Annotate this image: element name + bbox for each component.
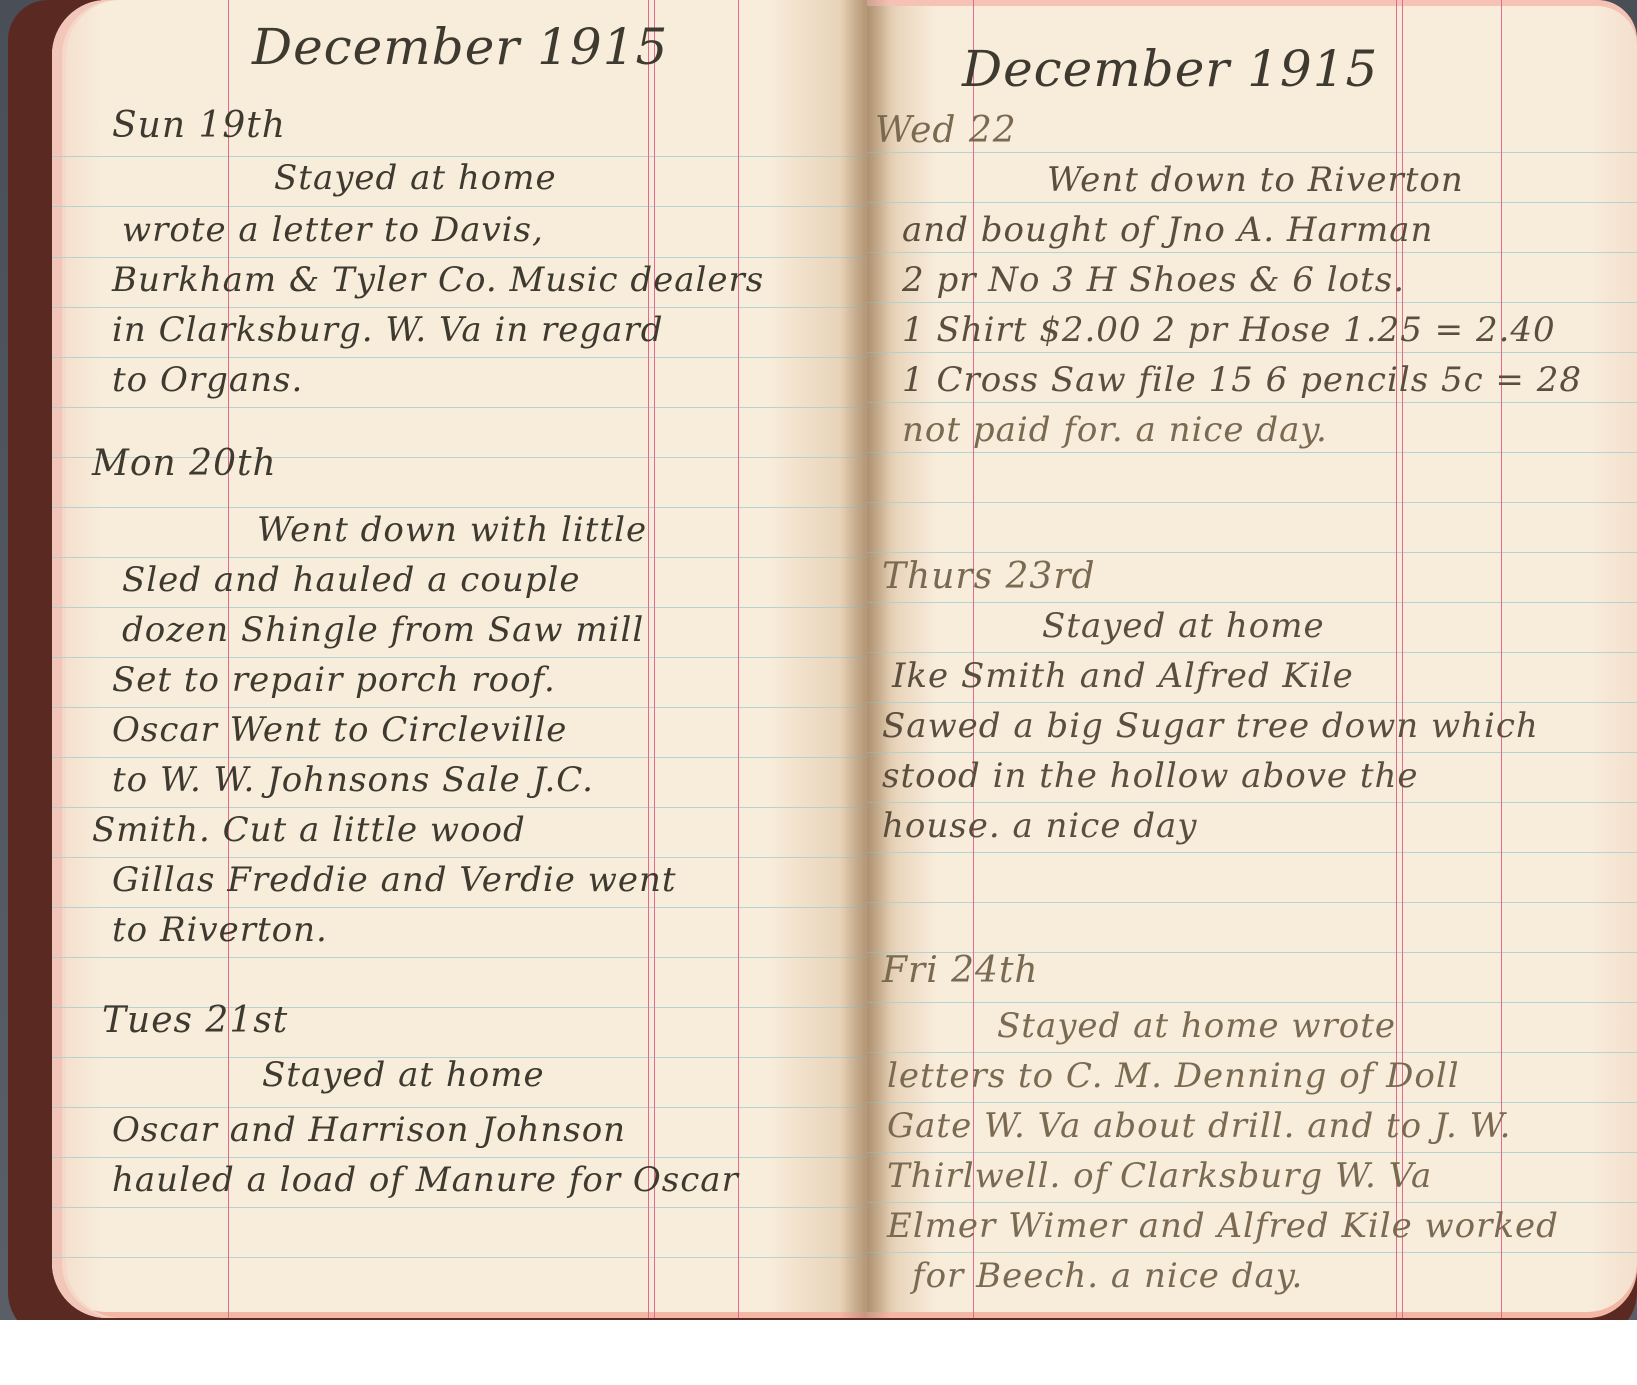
entry-line: Ike Smith and Alfred Kile: [892, 656, 1354, 696]
rule-line: [52, 657, 867, 658]
rule-line: [867, 252, 1637, 253]
entry-line: 1 Shirt $2.00 2 pr Hose 1.25 = 2.40: [902, 310, 1556, 350]
entry-line: 2 pr No 3 H Shoes & 6 lots.: [902, 260, 1405, 300]
entry-line: letters to C. M. Denning of Doll: [887, 1056, 1460, 1096]
entry-line: Went down to Riverton: [1047, 160, 1464, 200]
entry-line: in Clarksburg. W. Va in regard: [112, 310, 663, 350]
entry-day: Mon 20th: [92, 443, 277, 484]
rule-line: [52, 707, 867, 708]
entry-line: wrote a letter to Davis,: [122, 210, 544, 250]
rule-line: [52, 807, 867, 808]
entry-line: Gillas Freddie and Verdie went: [112, 860, 677, 900]
entry-line: Set to repair porch roof.: [112, 660, 556, 700]
entry-line: Gate W. Va about drill. and to J. W.: [887, 1106, 1511, 1146]
rule-line: [867, 352, 1637, 353]
rule-line: [52, 557, 867, 558]
rule-line: [867, 1102, 1637, 1103]
entry-line: Stayed at home wrote: [997, 1006, 1396, 1046]
entry-line: Stayed at home: [1042, 606, 1325, 646]
entry-line: for Beech. a nice day.: [912, 1256, 1303, 1296]
entry-day: Fri 24th: [882, 950, 1039, 991]
rule-line: [52, 156, 867, 157]
rule-line: [867, 152, 1637, 153]
rule-line: [867, 1202, 1637, 1203]
rule-line: [867, 652, 1637, 653]
entry-line: Oscar Went to Circleville: [112, 710, 567, 750]
entry-line: house. a nice day: [882, 806, 1198, 846]
scan-margin: [0, 1320, 1637, 1385]
entry-day: Tues 21st: [102, 1000, 288, 1041]
rule-line: [52, 357, 867, 358]
page-header: December 1915: [252, 18, 668, 76]
rule-line: [867, 402, 1637, 403]
rule-line: [867, 1152, 1637, 1153]
rule-line: [867, 702, 1637, 703]
entry-line: to Organs.: [112, 360, 303, 400]
rule-line: [867, 452, 1637, 453]
entry-day: Thurs 23rd: [882, 556, 1096, 597]
entry-line: to W. W. Johnsons Sale J.C.: [112, 760, 594, 800]
rule-line: [52, 1257, 867, 1258]
entry-line: Went down with little: [257, 510, 647, 550]
rule-line: [52, 1157, 867, 1158]
entry-line: hauled a load of Manure for Oscar: [112, 1160, 739, 1200]
rule-line: [867, 552, 1637, 553]
entry-line: Stayed at home: [262, 1055, 545, 1095]
rule-line: [867, 1252, 1637, 1253]
entry-line: Sawed a big Sugar tree down which: [882, 706, 1539, 746]
right-page: December 1915 Wed 22 Went down to Rivert…: [867, 0, 1637, 1318]
entry-line: Oscar and Harrison Johnson: [112, 1110, 626, 1150]
rule-line: [52, 757, 867, 758]
left-page: December 1915 Sun 19th Stayed at home wr…: [52, 0, 867, 1318]
page-header: December 1915: [962, 40, 1378, 98]
rule-line: [52, 507, 867, 508]
rule-line: [867, 502, 1637, 503]
rule-line: [52, 1207, 867, 1208]
entry-line: Burkham & Tyler Co. Music dealers: [112, 260, 764, 300]
entry-line: stood in the hollow above the: [882, 756, 1419, 796]
book-gutter: [840, 0, 890, 1318]
entry-day: Sun 19th: [112, 105, 286, 146]
entry-line: Stayed at home: [274, 158, 557, 198]
rule-line: [52, 1107, 867, 1108]
entry-line: dozen Shingle from Saw mill: [122, 610, 644, 650]
rule-line: [52, 257, 867, 258]
rule-line: [52, 206, 867, 207]
rule-line: [867, 202, 1637, 203]
entry-line: 1 Cross Saw file 15 6 pencils 5c = 28: [902, 360, 1582, 400]
entry-line: Sled and hauled a couple: [122, 560, 580, 600]
entry-day: Wed 22: [875, 110, 1017, 151]
rule-line: [52, 957, 867, 958]
rule-line: [867, 752, 1637, 753]
entry-line: Smith. Cut a little wood: [92, 810, 526, 850]
rule-line: [867, 1002, 1637, 1003]
rule-line: [867, 1052, 1637, 1053]
rule-line: [52, 407, 867, 408]
entry-line: and bought of Jno A. Harman: [902, 210, 1433, 250]
entry-line: to Riverton.: [112, 910, 328, 950]
rule-line: [867, 802, 1637, 803]
column-line: [738, 0, 739, 1318]
column-line: [648, 0, 655, 1318]
rule-line: [52, 907, 867, 908]
entry-line: Thirlwell. of Clarksburg W. Va: [887, 1156, 1432, 1196]
rule-line: [867, 602, 1637, 603]
rule-line: [867, 852, 1637, 853]
entry-line: Elmer Wimer and Alfred Kile worked: [887, 1206, 1559, 1246]
entry-line: not paid for. a nice day.: [902, 410, 1328, 450]
rule-line: [867, 902, 1637, 903]
rule-line: [867, 302, 1637, 303]
rule-line: [52, 307, 867, 308]
rule-line: [52, 857, 867, 858]
rule-line: [52, 607, 867, 608]
